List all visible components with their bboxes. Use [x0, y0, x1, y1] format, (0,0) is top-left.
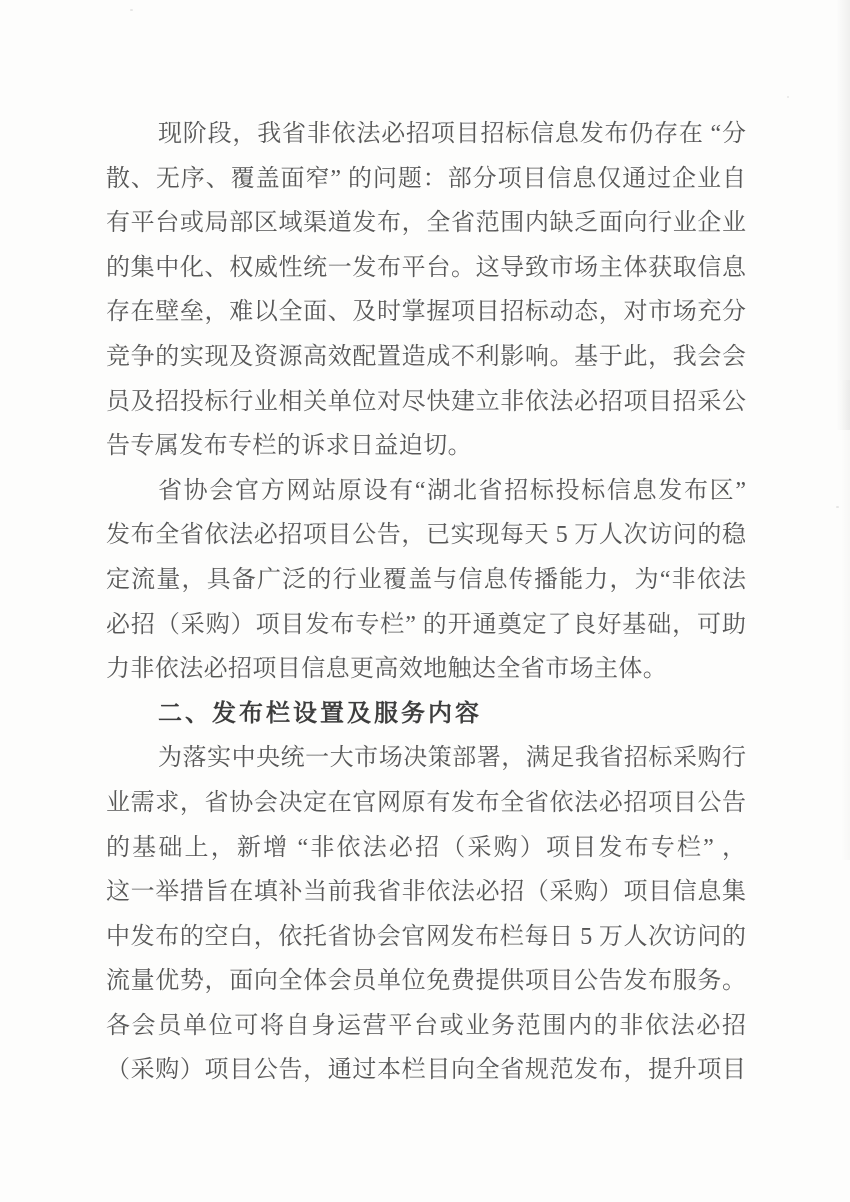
text-line: 的集中化、权威性统一发布平台。这导致市场主体获取信息 — [106, 246, 746, 291]
text-line: 这一举措旨在填补当前我省非依法必招（采购）项目信息集 — [106, 870, 746, 915]
document-body-text: 现阶段，我省非依法必招项目招标信息发布仍存在 “分 散、无序、覆盖面窄” 的问题… — [106, 112, 746, 1093]
text-line: 发布全省依法必招项目公告，已实现每天 5 万人次访问的稳 — [106, 513, 746, 558]
text-line: 存在壁垒，难以全面、及时掌握项目招标动态，对市场充分 — [106, 290, 746, 335]
text-line: 业需求，省协会决定在官网原有发布全省依法必招项目公告 — [106, 781, 746, 826]
text-line: 必招（采购）项目发布专栏” 的开通奠定了良好基础，可助 — [106, 603, 746, 648]
text-line: 有平台或局部区域渠道发布，全省范围内缺乏面向行业企业 — [106, 201, 746, 246]
text-line: （采购）项目公告，通过本栏目向全省规范发布，提升项目 — [106, 1048, 746, 1093]
section-heading: 二、发布栏设置及服务内容 — [106, 692, 746, 737]
text-line: 员及招投标行业相关单位对尽快建立非依法必招项目招采公 — [106, 380, 746, 425]
scan-speckle — [836, 506, 839, 508]
scanned-document-page: 现阶段，我省非依法必招项目招标信息发布仍存在 “分 散、无序、覆盖面窄” 的问题… — [0, 0, 850, 1202]
text-line: 散、无序、覆盖面窄” 的问题：部分项目信息仅通过企业自 — [106, 157, 746, 202]
scan-edge-shadow — [841, 380, 850, 860]
scan-speckle — [130, 9, 133, 11]
scan-edge-shadow — [836, 0, 850, 430]
text-line: 告专属发布专栏的诉求日益迫切。 — [106, 424, 746, 469]
text-line: 省协会官方网站原设有“湖北省招标投标信息发布区” — [106, 469, 746, 514]
text-line: 各会员单位可将自身运营平台或业务范围内的非依法必招 — [106, 1004, 746, 1049]
text-line: 定流量，具备广泛的行业覆盖与信息传播能力，为“非依法 — [106, 558, 746, 603]
text-line: 流量优势，面向全体会员单位免费提供项目公告发布服务。 — [106, 959, 746, 1004]
text-line: 竞争的实现及资源高效配置造成不利影响。基于此，我会会 — [106, 335, 746, 380]
text-line: 为落实中央统一大市场决策部署，满足我省招标采购行 — [106, 736, 746, 781]
scan-speckle — [787, 96, 789, 98]
text-line: 中发布的空白，依托省协会官网发布栏每日 5 万人次访问的 — [106, 915, 746, 960]
text-line: 的基础上，新增 “非依法必招（采购）项目发布专栏” ， — [106, 826, 746, 871]
text-line: 现阶段，我省非依法必招项目招标信息发布仍存在 “分 — [106, 112, 746, 157]
text-line: 力非依法必招项目信息更高效地触达全省市场主体。 — [106, 647, 746, 692]
